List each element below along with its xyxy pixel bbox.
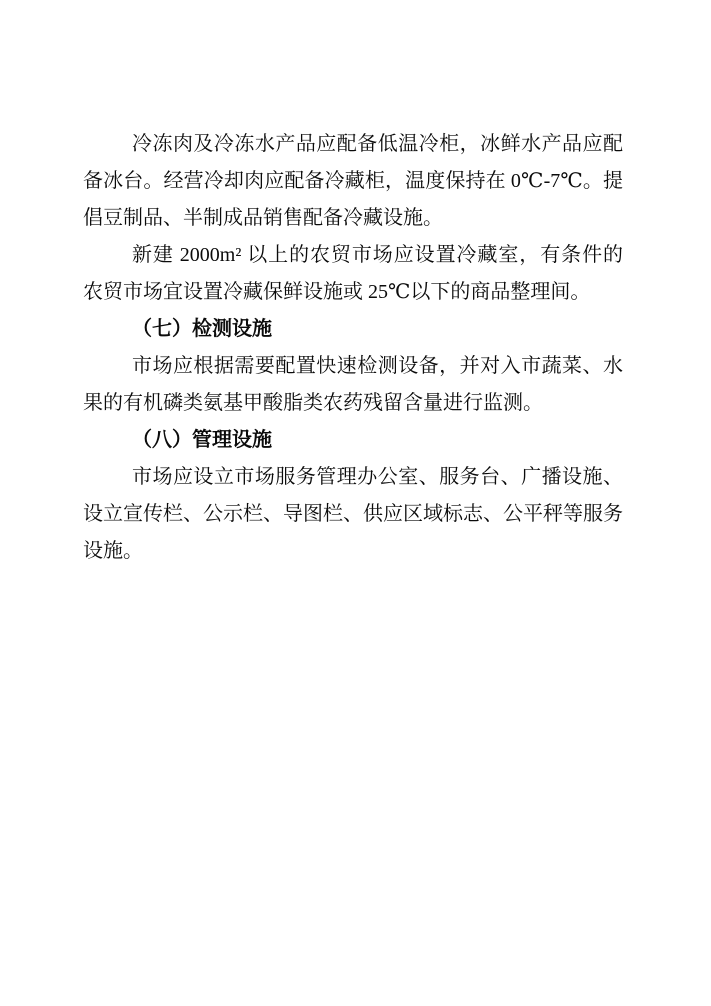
paragraph-cold-storage-equipment: 冷冻肉及冷冻水产品应配备低温冷柜，冰鲜水产品应配备冰台。经营冷却肉应配备冷藏柜，…: [83, 126, 623, 237]
document-body: 冷冻肉及冷冻水产品应配备低温冷柜，冰鲜水产品应配备冰台。经营冷却肉应配备冷藏柜，…: [83, 126, 623, 570]
paragraph-new-market-cold-room: 新建 2000m² 以上的农贸市场应设置冷藏室，有条件的农贸市场宜设置冷藏保鲜设…: [83, 237, 623, 311]
section-heading-testing-facilities: （七）检测设施: [83, 311, 623, 348]
paragraph-rapid-testing: 市场应根据需要配置快速检测设备，并对入市蔬菜、水果的有机磷类氨基甲酸脂类农药残留…: [83, 348, 623, 422]
paragraph-service-facilities: 市场应设立市场服务管理办公室、服务台、广播设施、设立宣传栏、公示栏、导图栏、供应…: [83, 459, 623, 570]
section-heading-management-facilities: （八）管理设施: [83, 422, 623, 459]
document-page: 冷冻肉及冷冻水产品应配备低温冷柜，冰鲜水产品应配备冰台。经营冷却肉应配备冷藏柜，…: [0, 0, 711, 1006]
